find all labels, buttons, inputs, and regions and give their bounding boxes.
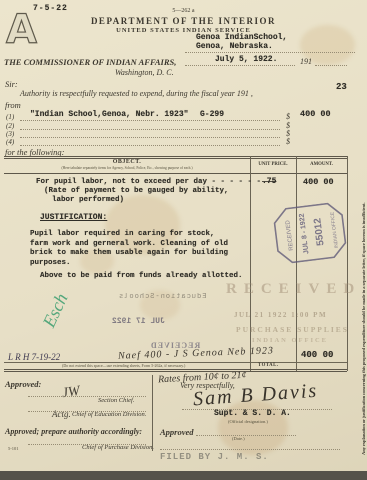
addressee-city: Washington, D. C. <box>115 68 174 77</box>
justification-heading: JUSTIFICATION: <box>40 213 107 222</box>
margin-note-vertical: Any explanation or justification concern… <box>361 55 366 455</box>
fund-rule <box>20 128 280 130</box>
dollar-sign: $ <box>286 112 290 121</box>
amount-header: AMOUNT. <box>296 162 347 167</box>
education-division-label: Chief of Education Division. <box>72 411 146 418</box>
green-handwriting: Esch <box>39 290 73 331</box>
fund-line-num: (4) <box>6 138 14 146</box>
purchase-division-label: Chief of Purchase Division. <box>82 444 154 451</box>
approved-label: Approved: <box>5 379 41 389</box>
year-printed: 191 <box>300 57 312 66</box>
total-amount: 400 00 <box>301 350 333 360</box>
footer-form-code: 5-101 <box>8 446 19 451</box>
octagon-top-text: RECEIVED <box>285 219 295 251</box>
received-date-stamp-faint: JUL 21 1922 1:00 PM <box>234 311 327 319</box>
table-row-object: For pupil labor, not to exceed per day -… <box>36 178 261 186</box>
octagon-stamp-border: RECEIVED JUL 8 - 1922 55012 INDIAN OFFIC… <box>272 201 348 265</box>
approved-date-rule <box>196 434 296 436</box>
object-column-subheader: (Here tabulate separately items for Agen… <box>10 166 244 170</box>
octagon-bottom-text: INDIAN OFFICE <box>330 211 341 249</box>
date-mirror-stamp: JUL 17 1922 <box>112 317 165 326</box>
table-col-line <box>347 156 348 371</box>
octagon-date-stamp: RECEIVED JUL 8 - 1922 55012 INDIAN OFFIC… <box>272 201 348 265</box>
purchase-supplies-stamp: PURCHASE SUPPLIES <box>236 325 349 334</box>
octagon-number-text: 55012 <box>312 217 326 246</box>
object-column-header: OBJECT. <box>4 159 250 165</box>
service-subtitle: UNITED STATES INDIAN SERVICE <box>0 27 367 34</box>
from-label: from <box>5 100 21 110</box>
table-row-note1: (Rate of payment to be gauged by ability… <box>44 187 229 195</box>
justification-footnote: Above to be paid from funds already allo… <box>40 272 243 280</box>
letter-date: July 5, 1922. <box>215 55 277 64</box>
origin-city-line: Genoa, Nebraska. <box>196 42 273 51</box>
year-rule <box>315 64 347 66</box>
dollar-sign: $ <box>286 137 290 146</box>
date-rule <box>185 64 295 66</box>
section-chief-label: Section Chief. <box>98 397 134 404</box>
bottom-double-rule-2 <box>4 371 347 372</box>
unit-price-header: UNIT PRICE. <box>250 162 296 167</box>
total-label: TOTAL. <box>258 363 279 368</box>
justification-paragraph: Pupil labor required in caring for stock… <box>30 230 260 268</box>
document-page: 7-5-22 A 5—262 a DEPARTMENT OF THE INTER… <box>0 0 367 471</box>
initials-handwriting: JW <box>61 384 81 402</box>
ledger-handwriting-left: L R H 7-19-22 <box>8 352 60 362</box>
extend-note: (Do not extend this space—use extending … <box>62 363 185 368</box>
fund-line-code: G-299 <box>200 110 224 119</box>
approve-prepare-label: Approved; prepare authority accordingly: <box>5 427 142 436</box>
department-title: DEPARTMENT OF THE INTERIOR <box>0 16 367 26</box>
addressee-line: THE COMMISSIONER OF INDIAN AFFAIRS, <box>4 57 176 67</box>
filed-by-stamp: FILED BY J. M. S. <box>160 452 269 462</box>
date-sub-label: (Date.) <box>232 436 245 441</box>
origin-rule <box>185 51 355 53</box>
request-line: Authority is respectfully requested to e… <box>20 89 253 98</box>
fund-rule <box>20 119 280 121</box>
official-designation-sub: (Official designation.) <box>228 419 268 424</box>
form-number: 5—262 a <box>0 8 367 14</box>
fund-rule <box>20 136 280 138</box>
indian-office-stamp-faint: INDIAN OFFICE <box>252 337 328 344</box>
education-schools-mirror-stamp: Education-Schools <box>118 293 206 301</box>
fund-line-text: "Indian School,Genoa, Nebr. 1923" <box>30 110 188 119</box>
fund-line-amount: 400 00 <box>300 109 331 119</box>
table-row-unit-price: .75 <box>262 177 276 186</box>
fund-line-num: (3) <box>6 130 14 138</box>
table-row-amount: 400 00 <box>303 177 334 187</box>
table-row-note2: labor performed) <box>52 196 124 204</box>
footer-bottom-rule <box>160 448 340 450</box>
approved-right-label: Approved <box>160 427 194 437</box>
fiscal-year-note: 23 <box>336 82 347 92</box>
fund-line-num: (2) <box>6 122 14 130</box>
footer-divider <box>152 375 153 451</box>
octagon-date-text: JUL 8 - 1922 <box>299 213 311 254</box>
received-stamp-faint: RECEIVED <box>226 281 361 298</box>
origin-school-line: Genoa IndianSchool, <box>196 33 287 42</box>
salutation: Sir: <box>5 79 18 89</box>
fund-line-num: (1) <box>6 113 14 121</box>
bottom-double-rule-1 <box>4 369 347 370</box>
fund-rule <box>20 144 280 146</box>
official-designation: Supt. & S. D. A. <box>214 409 291 418</box>
